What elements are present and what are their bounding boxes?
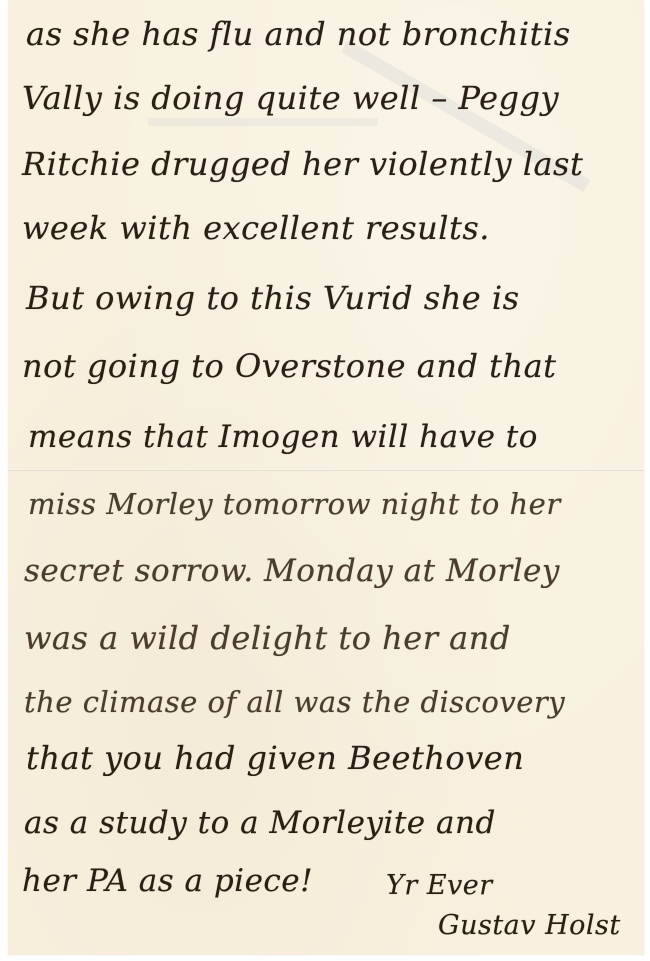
letter-line: the climase of all was the discovery	[24, 688, 565, 717]
letter-page: as she has flu and not bronchitis Vally …	[8, 0, 644, 955]
letter-closing: Yr Ever	[386, 872, 493, 899]
letter-line: Vally is doing quite well – Peggy	[22, 82, 559, 114]
letter-body: as she has flu and not bronchitis Vally …	[8, 0, 644, 955]
letter-line: week with excellent results.	[22, 212, 490, 244]
letter-line: as a study to a Morleyite and	[24, 808, 496, 839]
letter-line: not going to Overstone and that	[22, 350, 557, 382]
letter-line: means that Imogen will have to	[28, 422, 538, 453]
letter-line: secret sorrow. Monday at Morley	[24, 556, 560, 587]
letter-line: that you had given Beethoven	[26, 742, 524, 774]
letter-signature: Gustav Holst	[438, 912, 621, 939]
letter-line: Ritchie drugged her violently last	[22, 148, 583, 180]
letter-line: was a wild delight to her and	[24, 622, 511, 654]
letter-line: her PA as a piece!	[22, 866, 313, 897]
letter-line: as she has flu and not bronchitis	[26, 18, 571, 50]
letter-line: But owing to this Vurid she is	[26, 282, 520, 314]
letter-line: miss Morley tomorrow night to her	[28, 490, 561, 519]
